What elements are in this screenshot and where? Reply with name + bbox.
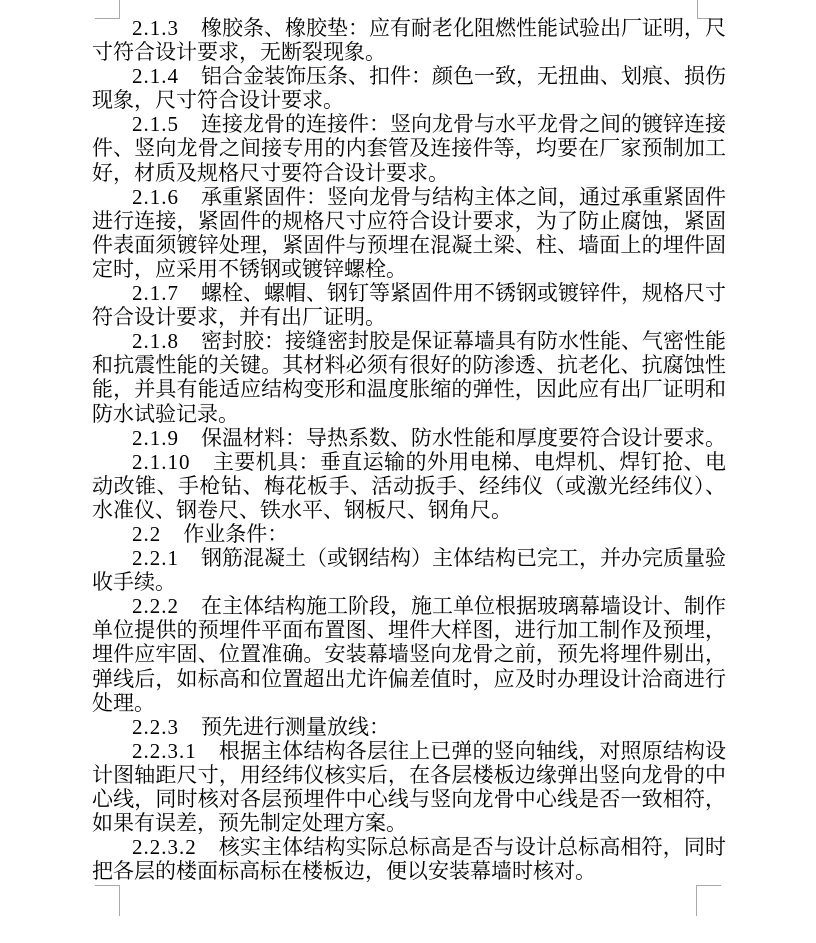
clause-text: 钢筋混凝土（或钢结构）主体结构已完工，并办完质量验收手续。 xyxy=(92,546,726,594)
paragraph-2-1-5: 2.1.5连接龙骨的连接件：竖向龙骨与水平龙骨之间的镀锌连接件、竖向龙骨之间接专… xyxy=(92,112,726,184)
margin-crop-mark-bottom-right xyxy=(696,885,721,916)
paragraph-2-2-3: 2.2.3预先进行测量放线： xyxy=(92,715,726,739)
clause-number: 2.2.1 xyxy=(132,546,179,570)
clause-text: 承重紧固件：竖向龙骨与结构主体之间，通过承重紧固件进行连接，紧固件的规格尺寸应符… xyxy=(92,185,726,281)
paragraph-2-1-3: 2.1.3橡胶条、橡胶垫：应有耐老化阻燃性能试验出厂证明，尺寸符合设计要求，无断… xyxy=(92,16,726,64)
clause-number: 2.2 xyxy=(132,522,161,546)
clause-text: 预先进行测量放线： xyxy=(201,715,390,739)
document-body: 2.1.3橡胶条、橡胶垫：应有耐老化阻燃性能试验出厂证明，尺寸符合设计要求，无断… xyxy=(92,16,726,883)
clause-text: 橡胶条、橡胶垫：应有耐老化阻燃性能试验出厂证明，尺寸符合设计要求，无断裂现象。 xyxy=(92,16,726,64)
clause-text: 密封胶：接缝密封胶是保证幕墙具有防水性能、气密性能和抗震性能的关键。其材料必须有… xyxy=(92,329,726,425)
clause-text: 连接龙骨的连接件：竖向龙骨与水平龙骨之间的镀锌连接件、竖向龙骨之间接专用的内套管… xyxy=(92,112,726,184)
clause-number: 2.1.3 xyxy=(132,16,179,40)
clause-number: 2.1.6 xyxy=(132,185,179,209)
clause-text: 作业条件： xyxy=(183,522,288,546)
paragraph-2-2-2: 2.2.2在主体结构施工阶段，施工单位根据玻璃幕墙设计、制作单位提供的预埋件平面… xyxy=(92,594,726,714)
paragraph-2-2: 2.2作业条件： xyxy=(92,522,726,546)
paragraph-2-2-1: 2.2.1钢筋混凝土（或钢结构）主体结构已完工，并办完质量验收手续。 xyxy=(92,546,726,594)
paragraph-2-2-3-1: 2.2.3.1根据主体结构各层往上已弹的竖向轴线，对照原结构设计图轴距尺寸，用经… xyxy=(92,739,726,835)
paragraph-2-2-3-2: 2.2.3.2核实主体结构实际总标高是否与设计总标高相符，同时把各层的楼面标高标… xyxy=(92,835,726,883)
clause-number: 2.2.3.1 xyxy=(132,739,197,763)
paragraph-2-1-9: 2.1.9保温材料：导热系数、防水性能和厚度要符合设计要求。 xyxy=(92,426,726,450)
clause-number: 2.1.5 xyxy=(132,112,179,136)
document-page: 2.1.3橡胶条、橡胶垫：应有耐老化阻燃性能试验出厂证明，尺寸符合设计要求，无断… xyxy=(0,0,816,943)
clause-text: 保温材料：导热系数、防水性能和厚度要符合设计要求。 xyxy=(201,426,726,450)
clause-text: 铝合金装饰压条、扣件：颜色一致，无扭曲、划痕、损伤现象，尺寸符合设计要求。 xyxy=(92,64,726,112)
paragraph-2-1-10: 2.1.10主要机具：垂直运输的外用电梯、电焊机、焊钉抢、电动改锥、手枪钻、梅花… xyxy=(92,450,726,522)
clause-number: 2.2.3 xyxy=(132,715,179,739)
clause-number: 2.2.3.2 xyxy=(132,835,197,859)
paragraph-2-1-8: 2.1.8密封胶：接缝密封胶是保证幕墙具有防水性能、气密性能和抗震性能的关键。其… xyxy=(92,329,726,425)
clause-number: 2.1.7 xyxy=(132,281,179,305)
clause-number: 2.1.9 xyxy=(132,426,179,450)
clause-number: 2.1.4 xyxy=(132,64,179,88)
paragraph-2-1-7: 2.1.7螺栓、螺帽、钢钉等紧固件用不锈钢或镀锌件，规格尺寸符合设计要求，并有出… xyxy=(92,281,726,329)
clause-number: 2.1.8 xyxy=(132,329,179,353)
paragraph-2-1-6: 2.1.6承重紧固件：竖向龙骨与结构主体之间，通过承重紧固件进行连接，紧固件的规… xyxy=(92,185,726,281)
clause-number: 2.1.10 xyxy=(132,450,191,474)
margin-crop-mark-bottom-left xyxy=(95,885,120,916)
clause-text: 螺栓、螺帽、钢钉等紧固件用不锈钢或镀锌件，规格尺寸符合设计要求，并有出厂证明。 xyxy=(92,281,726,329)
clause-number: 2.2.2 xyxy=(132,594,179,618)
paragraph-2-1-4: 2.1.4铝合金装饰压条、扣件：颜色一致，无扭曲、划痕、损伤现象，尺寸符合设计要… xyxy=(92,64,726,112)
clause-text: 在主体结构施工阶段，施工单位根据玻璃幕墙设计、制作单位提供的预埋件平面布置图、埋… xyxy=(92,594,726,714)
